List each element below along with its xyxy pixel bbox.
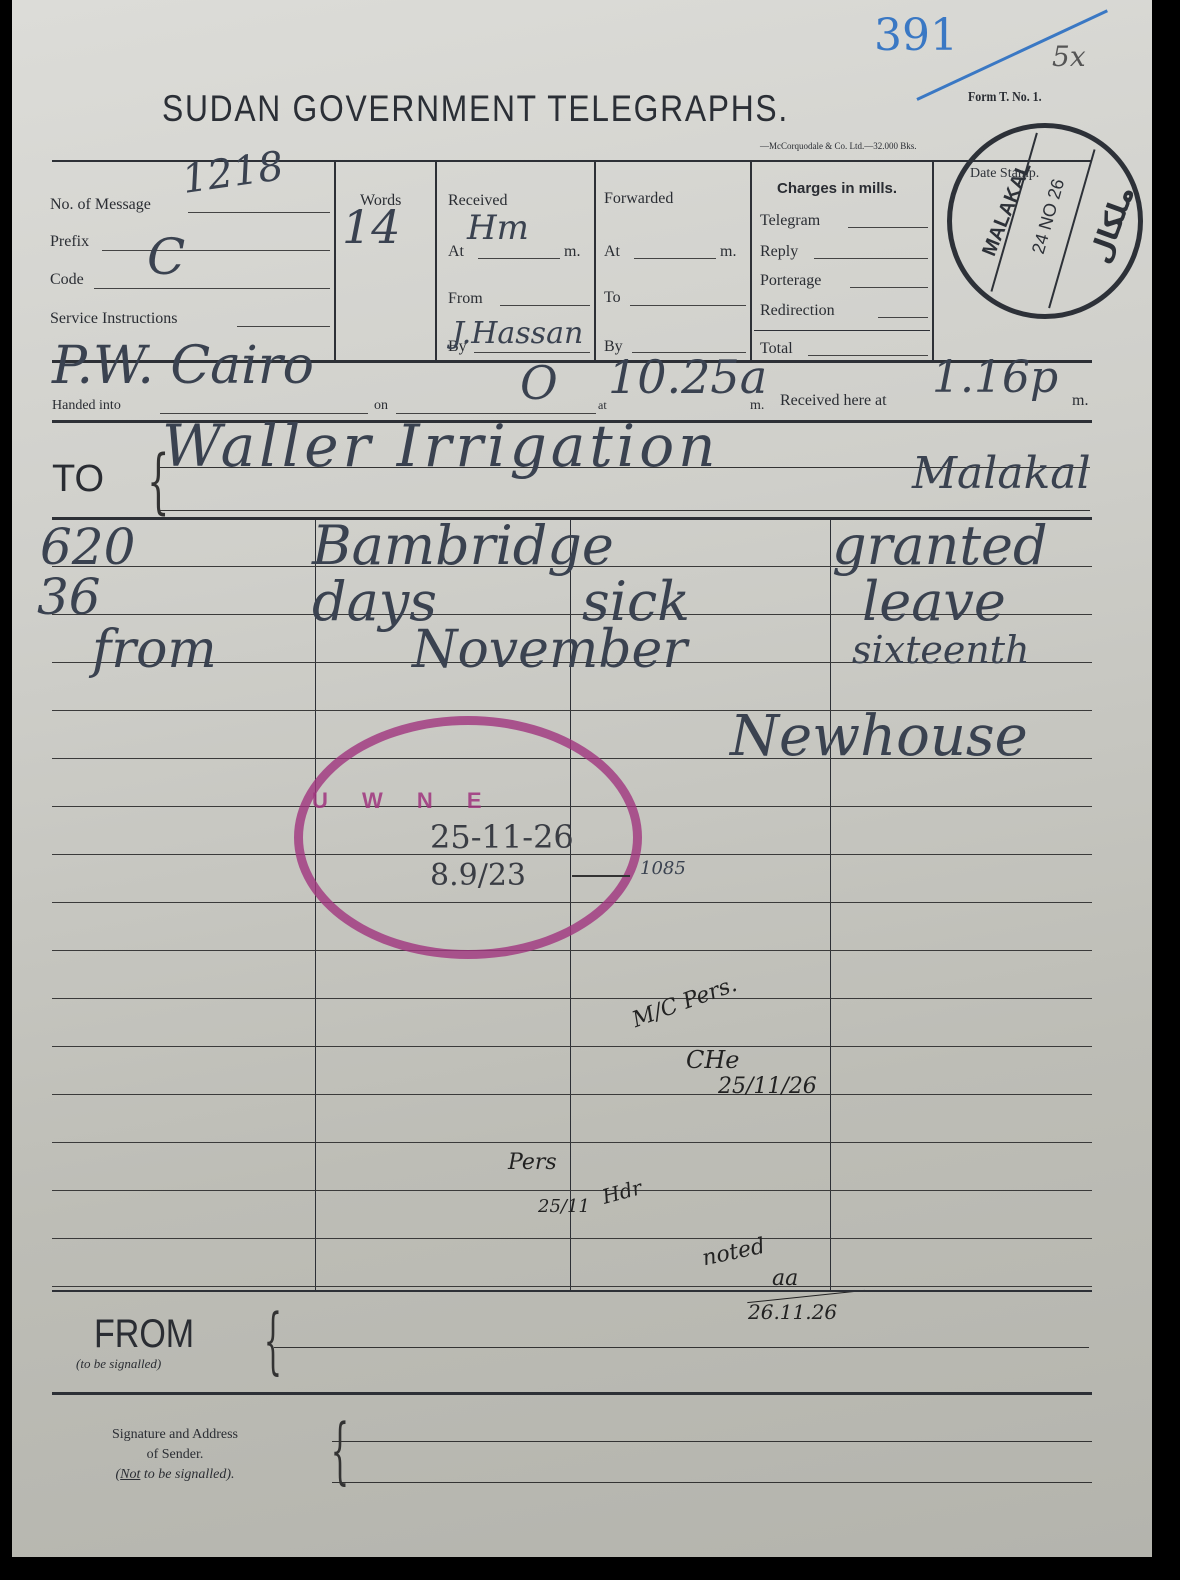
message-word: November <box>412 620 687 680</box>
field-rule <box>814 258 928 259</box>
received-by-value: J.Hassan <box>452 316 583 351</box>
field-rule <box>102 250 330 251</box>
handed-into-value: P.W. Cairo <box>52 336 314 396</box>
message-word: from <box>92 620 217 680</box>
at-value: 10.25a <box>608 350 767 404</box>
prefix-label: Prefix <box>50 233 89 251</box>
total-rule <box>754 330 930 331</box>
forwarded-to-label: To <box>604 289 621 307</box>
field-rule <box>94 288 330 289</box>
code-label: Code <box>50 271 84 289</box>
divider <box>594 160 596 360</box>
from-rule <box>274 1347 1089 1348</box>
service-instructions-label: Service Instructions <box>50 310 178 328</box>
grid-row-rule <box>52 998 1092 999</box>
received-at-suffix: m. <box>564 243 580 261</box>
grid-row-rule <box>52 1286 1092 1287</box>
field-rule <box>808 355 928 356</box>
field-rule <box>878 317 928 318</box>
charge-redirection: Redirection <box>760 302 835 320</box>
form-number: Form T. No. 1. <box>968 90 1042 106</box>
received-here-label: Received here at <box>780 392 887 410</box>
from-brace: { <box>264 1298 282 1382</box>
note-mc-pers: M/C Pers. <box>629 972 740 1033</box>
note-noted: noted <box>700 1234 767 1272</box>
to-addressee: Waller Irrigation <box>162 412 720 480</box>
malakal-postmark: MALAKAL 24 NO 26 ملكال Date Stamp. <box>947 123 1143 319</box>
received-here-suffix: m. <box>1072 392 1088 410</box>
message-signature: Newhouse <box>730 704 1028 769</box>
ref-number: 1085 <box>640 858 686 879</box>
note-pers-initials: Hdr <box>600 1175 645 1208</box>
signature-rule-2 <box>332 1482 1092 1483</box>
forwarded-at-suffix: m. <box>720 243 736 261</box>
grid-row-rule <box>52 950 1092 951</box>
field-rule <box>478 258 560 259</box>
signature-label-line: Signature and Address <box>60 1425 290 1445</box>
field-rule <box>850 287 928 288</box>
note-noted-initials: aa <box>772 1266 798 1291</box>
to-location: Malakal <box>912 448 1091 499</box>
received-at-label: At <box>448 243 464 261</box>
from-label: FROM <box>94 1312 194 1357</box>
on-value: O <box>520 356 558 410</box>
received-from-label: From <box>448 290 483 308</box>
crossed-annotation: 5x <box>1052 40 1086 73</box>
note-date: 25/11/26 <box>718 1074 817 1099</box>
field-rule <box>188 212 330 213</box>
message-word: granted <box>832 514 1048 577</box>
message-word: sixteenth <box>852 628 1030 672</box>
signature-label-line: (Not to be signalled). <box>60 1465 290 1485</box>
note-initials: CHe <box>686 1046 740 1074</box>
printer-imprint: —McCorquodale & Co. Ltd.—32.000 Bks. <box>760 141 917 151</box>
signature-label: Signature and Address of Sender. (Not to… <box>60 1425 290 1485</box>
ref-dash <box>572 875 630 877</box>
prefix-value: C <box>147 228 185 286</box>
at-label: at <box>598 398 607 413</box>
purple-stamp-text: U W N E <box>312 788 496 814</box>
grid-row-rule <box>52 1190 1092 1191</box>
field-rule <box>630 305 746 306</box>
field-rule <box>474 352 590 353</box>
grid-bottom-rule <box>52 1290 1092 1292</box>
handed-into-label: Handed into <box>52 398 121 414</box>
no-of-message-label: No. of Message <box>50 196 151 214</box>
stamp-date-1: 25-11-26 <box>430 818 574 856</box>
signature-label-line: of Sender. <box>60 1445 290 1465</box>
charge-reply: Reply <box>760 243 798 261</box>
divider <box>435 160 437 360</box>
no-of-message-value: 1218 <box>179 143 286 203</box>
signature-rule-1 <box>332 1441 1092 1442</box>
from-bottom-rule <box>52 1392 1092 1395</box>
message-word: leave <box>862 570 1006 633</box>
note-noted-date: 26.11.26 <box>748 1300 837 1324</box>
grid-row-rule <box>52 1238 1092 1239</box>
at-suffix: m. <box>750 398 764 414</box>
note-pers-date: 25/11 <box>538 1196 590 1217</box>
charge-porterage: Porterage <box>760 272 821 290</box>
divider <box>932 160 934 360</box>
field-rule <box>634 258 716 259</box>
grid-row-rule <box>52 1094 1092 1095</box>
received-at-value: Hm <box>467 208 529 248</box>
to-rule-2 <box>160 510 1090 511</box>
field-rule <box>237 326 330 327</box>
message-word: 36 <box>37 568 101 626</box>
divider <box>750 160 752 360</box>
date-stamp-label: Date Stamp. <box>970 166 1039 182</box>
to-label: TO <box>52 458 104 501</box>
grid-row-rule <box>52 1046 1092 1047</box>
postmark-arabic: ملكال <box>1083 181 1141 267</box>
grid-row-rule <box>52 1142 1092 1143</box>
field-rule <box>500 305 590 306</box>
grid-col <box>315 520 316 1290</box>
from-sublabel: (to be signalled) <box>76 1356 161 1372</box>
charges-heading: Charges in mills. <box>777 180 897 197</box>
form-title: SUDAN GOVERNMENT TELEGRAPHS. <box>162 88 789 130</box>
signature-brace: { <box>331 1408 349 1492</box>
archive-number: 391 <box>874 10 958 61</box>
not-emphasis: Not <box>120 1467 140 1482</box>
telegram-form: 391 5x SUDAN GOVERNMENT TELEGRAPHS. Form… <box>12 0 1152 1557</box>
stamp-date-2: 8.9/23 <box>430 858 526 893</box>
charge-telegram: Telegram <box>760 212 820 230</box>
forwarded-heading: Forwarded <box>604 190 673 208</box>
received-here-value: 1.16p <box>932 352 1058 403</box>
words-value: 14 <box>342 200 401 254</box>
message-word: Bambridge <box>312 514 614 577</box>
forwarded-at-label: At <box>604 243 620 261</box>
divider <box>334 160 336 360</box>
not-rest: to be signalled). <box>140 1467 234 1482</box>
field-rule <box>848 227 928 228</box>
grid-col <box>830 520 831 1290</box>
note-pers: Pers <box>508 1150 557 1175</box>
